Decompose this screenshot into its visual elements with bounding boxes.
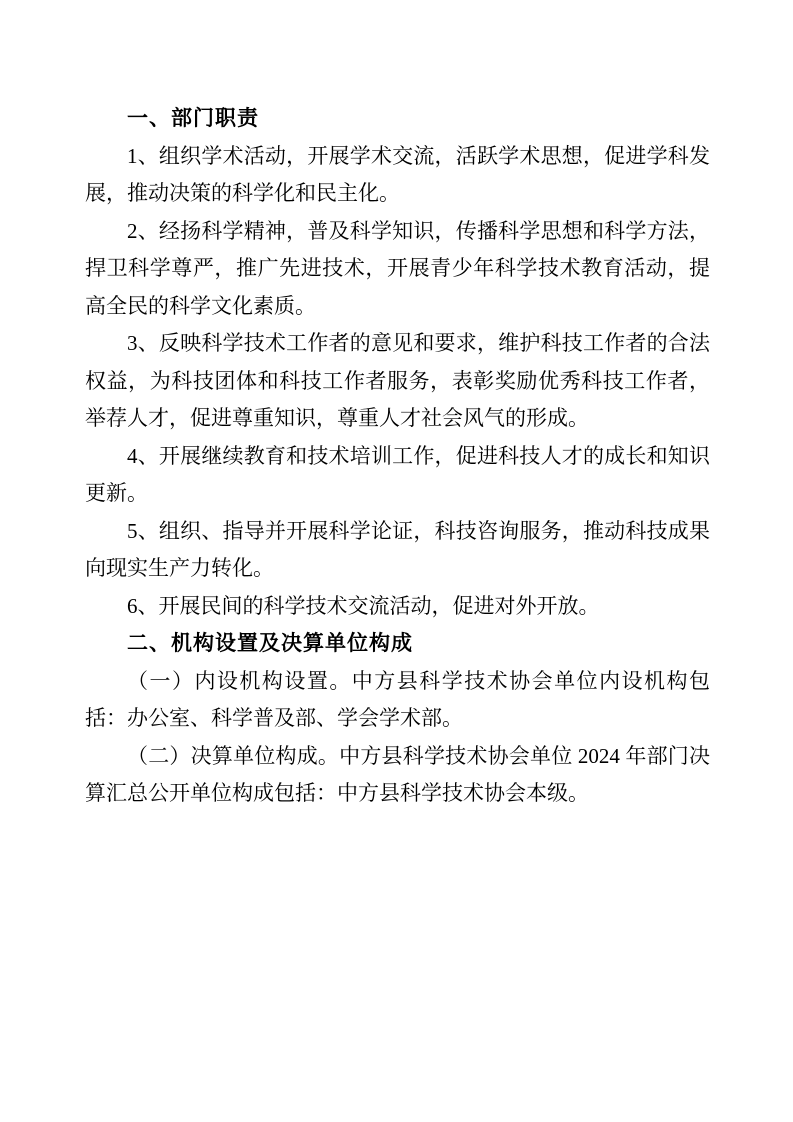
paragraph-duty-6: 6、开展民间的科学技术交流活动，促进对外开放。: [85, 588, 710, 626]
paragraph-duty-1: 1、组织学术活动，开展学术交流，活跃学术思想，促进学科发展，推动决策的科学化和民…: [85, 138, 710, 213]
paragraph-duty-3: 3、反映科学技术工作者的意见和要求，维护科技工作者的合法权益，为科技团体和科技工…: [85, 325, 710, 438]
paragraph-budget-units: （二）决算单位构成。中方县科学技术协会单位 2024 年部门决算汇总公开单位构成…: [85, 738, 710, 813]
paragraph-internal-structure: （一）内设机构设置。中方县科学技术协会单位内设机构包括：办公室、科学普及部、学会…: [85, 663, 710, 738]
document-page: 一、部门职责 1、组织学术活动，开展学术交流，活跃学术思想，促进学科发展，推动决…: [0, 0, 793, 1122]
paragraph-duty-2: 2、经扬科学精神，普及科学知识，传播科学思想和科学方法，捍卫科学尊严，推广先进技…: [85, 213, 710, 326]
section-heading-organization-structure: 二、机构设置及决算单位构成: [85, 625, 710, 663]
paragraph-duty-4: 4、开展继续教育和技术培训工作，促进科技人才的成长和知识更新。: [85, 438, 710, 513]
section-heading-department-duties: 一、部门职责: [85, 100, 710, 138]
paragraph-duty-5: 5、组织、指导并开展科学论证，科技咨询服务，推动科技成果向现实生产力转化。: [85, 513, 710, 588]
